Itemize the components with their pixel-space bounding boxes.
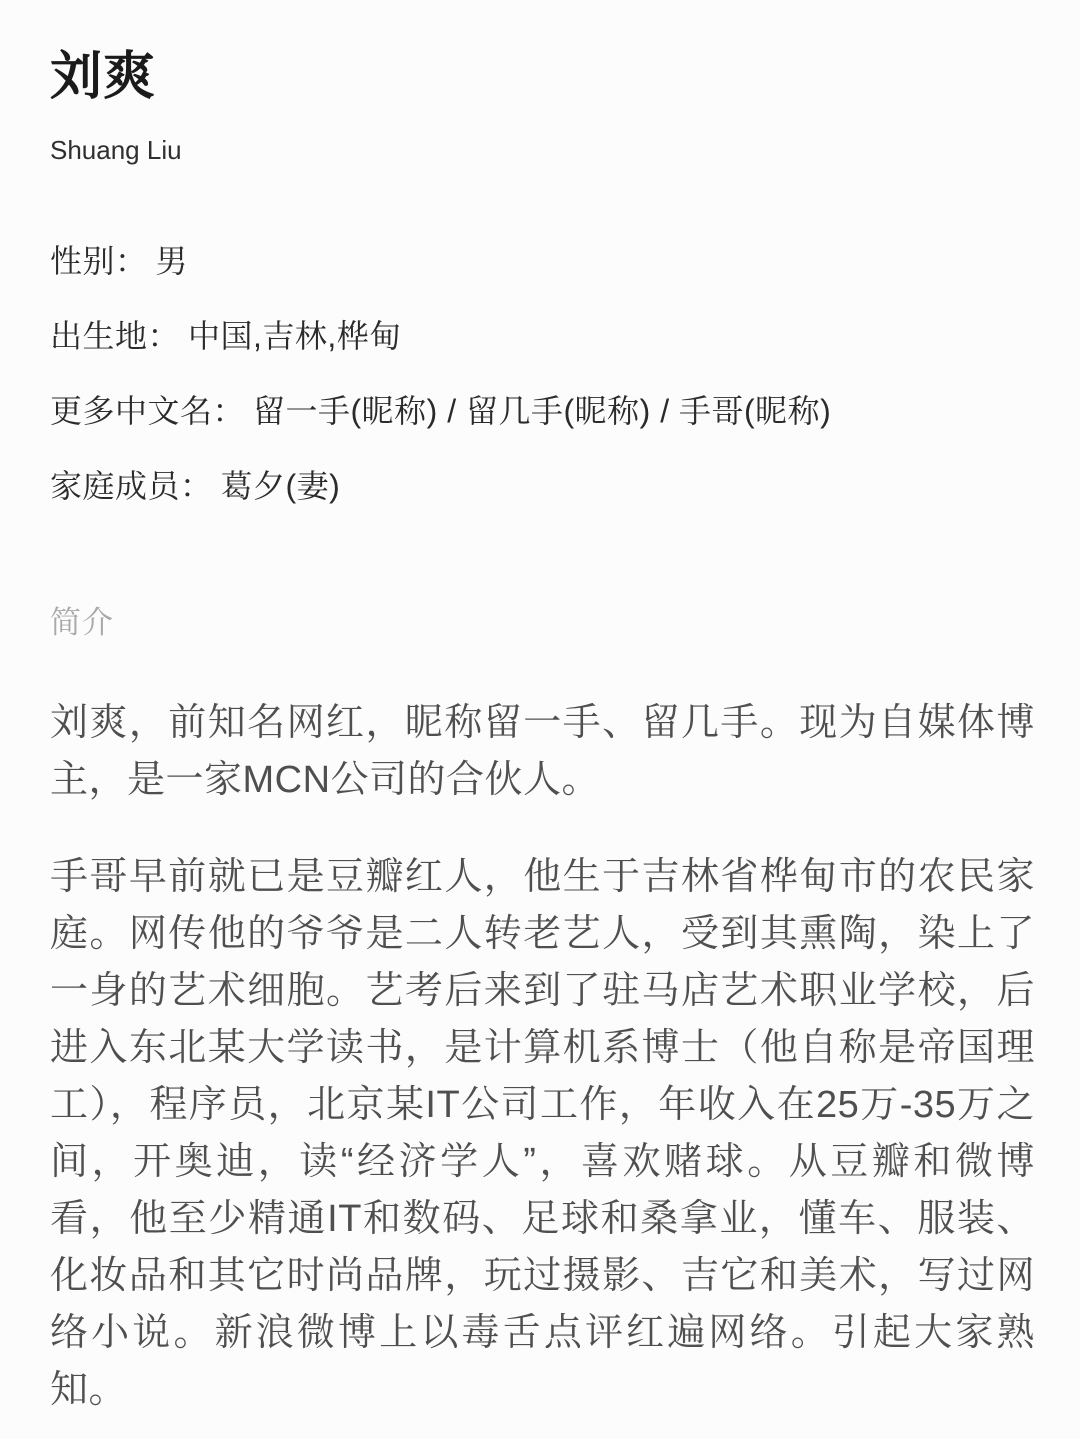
info-label: 家庭成员： bbox=[50, 468, 213, 504]
info-label: 更多中文名： bbox=[50, 393, 245, 429]
page-subtitle: Shuang Liu bbox=[50, 134, 1035, 168]
info-label: 性别： bbox=[50, 243, 148, 279]
info-list: 性别：男 出生地：中国,吉林,桦甸 更多中文名：留一手(昵称) / 留几手(昵称… bbox=[50, 240, 1035, 507]
intro-paragraph-1: 刘爽，前知名网红，昵称留一手、留几手。现为自媒体博主，是一家MCN公司的合伙人。 bbox=[50, 695, 1035, 809]
info-label: 出生地： bbox=[50, 318, 180, 354]
page-title: 刘爽 bbox=[50, 46, 1035, 108]
info-value: 男 bbox=[156, 243, 189, 279]
info-row-birthplace: 出生地：中国,吉林,桦甸 bbox=[50, 315, 1035, 357]
intro-paragraph-2: 手哥早前就已是豆瓣红人，他生于吉林省桦甸市的农民家庭。网传他的爷爷是二人转老艺人… bbox=[50, 849, 1035, 1419]
intro-body: 刘爽，前知名网红，昵称留一手、留几手。现为自媒体博主，是一家MCN公司的合伙人。… bbox=[50, 695, 1035, 1419]
info-row-family: 家庭成员：葛夕(妻) bbox=[50, 465, 1035, 507]
info-value: 葛夕(妻) bbox=[221, 468, 341, 504]
section-header-intro: 简介 bbox=[50, 603, 1035, 643]
info-row-alt-names: 更多中文名：留一手(昵称) / 留几手(昵称) / 手哥(昵称) bbox=[50, 390, 1035, 432]
info-row-gender: 性别：男 bbox=[50, 240, 1035, 282]
info-value: 留一手(昵称) / 留几手(昵称) / 手哥(昵称) bbox=[253, 393, 831, 429]
profile-page: 刘爽 Shuang Liu 性别：男 出生地：中国,吉林,桦甸 更多中文名：留一… bbox=[0, 0, 1080, 1439]
info-value: 中国,吉林,桦甸 bbox=[188, 318, 402, 354]
